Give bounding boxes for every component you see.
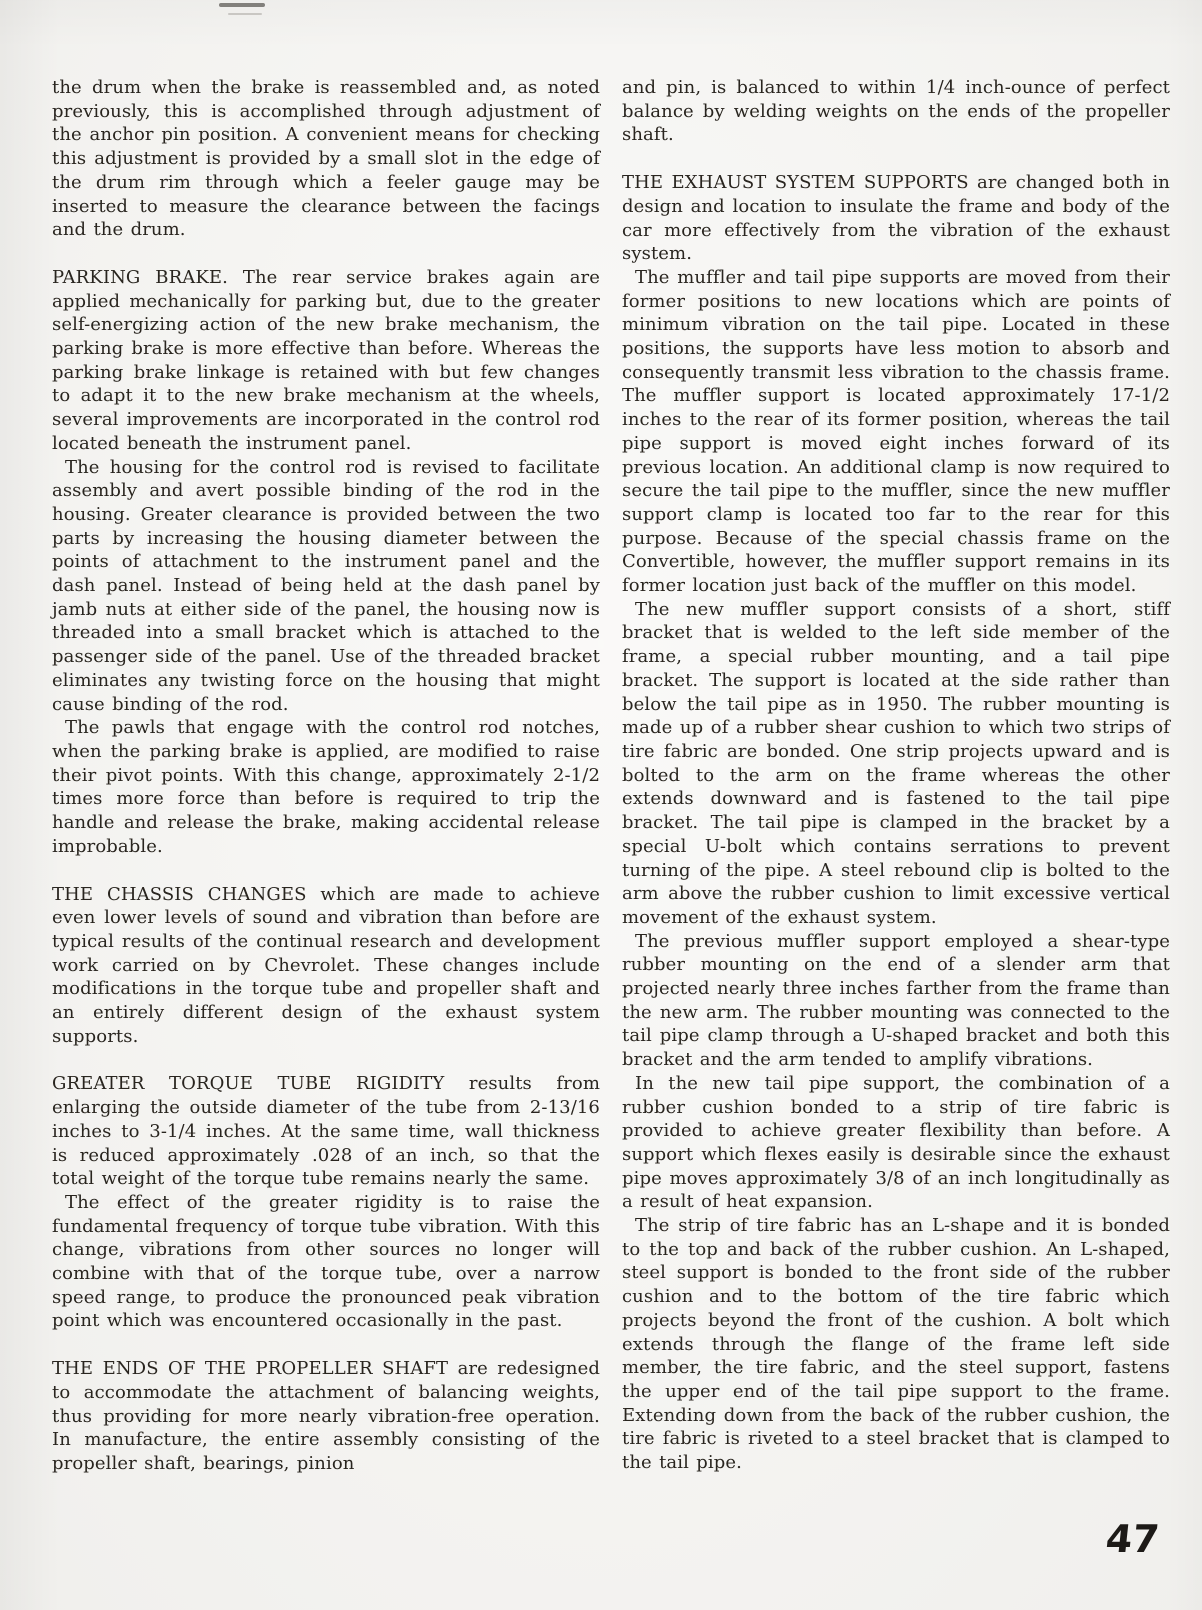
- paragraph-chassis-changes: THE CHASSIS CHANGES which are made to ac…: [52, 883, 600, 1049]
- scan-artifact-mark: [219, 3, 265, 7]
- paragraph-rigidity-effect: The effect of the greater rigidity is to…: [52, 1191, 600, 1333]
- paragraph-control-rod-housing: The housing for the control rod is revis…: [52, 456, 600, 717]
- paragraph-pawls: The pawls that engage with the control r…: [52, 716, 600, 858]
- right-column: and pin, is balanced to within 1/4 inch-…: [622, 76, 1170, 1475]
- paragraph-previous-muffler-support: The previous muffler support employed a …: [622, 930, 1170, 1072]
- paragraph-torque-tube-rigidity: GREATER TORQUE TUBE RIGIDITY results fro…: [52, 1072, 600, 1191]
- paragraph-tire-fabric-strip: The strip of tire fabric has an L-shape …: [622, 1214, 1170, 1475]
- paragraph-propeller-shaft-ends: THE ENDS OF THE PROPELLER SHAFT are rede…: [52, 1357, 600, 1476]
- paragraph-drum-adjustment-continuation: the drum when the brake is reassembled a…: [52, 76, 600, 242]
- paragraph-parking-brake: PARKING BRAKE. The rear service brakes a…: [52, 266, 600, 456]
- paragraph-muffler-tailpipe-supports: The muffler and tail pipe supports are m…: [622, 266, 1170, 598]
- page-number: 47: [1104, 1520, 1161, 1558]
- paragraph-new-muffler-support: The new muffler support consists of a sh…: [622, 598, 1170, 930]
- scanned-manual-page: the drum when the brake is reassembled a…: [0, 0, 1202, 1610]
- paragraph-exhaust-system-supports: THE EXHAUST SYSTEM SUPPORTS are changed …: [622, 171, 1170, 266]
- paragraph-balance-continuation: and pin, is balanced to within 1/4 inch-…: [622, 76, 1170, 147]
- paragraph-new-tailpipe-support: In the new tail pipe support, the combin…: [622, 1072, 1170, 1214]
- left-column: the drum when the brake is reassembled a…: [52, 76, 600, 1476]
- scan-artifact-mark-faint: [228, 13, 262, 15]
